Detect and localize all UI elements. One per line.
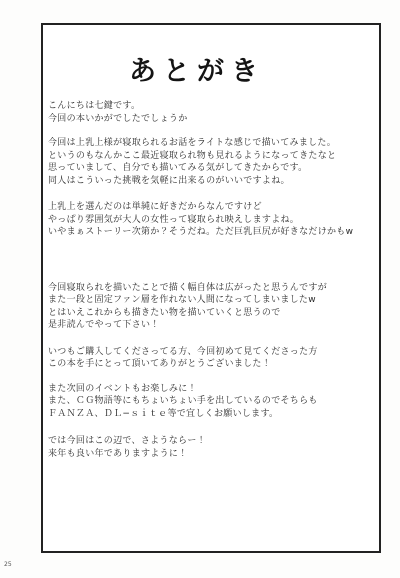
text-line: やっぱり雰囲気が大人の女性って寝取られ映えしますよね。 bbox=[48, 214, 376, 227]
paragraph: こんにちは七鍵です。今回の本いかがでしたでしょうか bbox=[48, 100, 376, 125]
text-line: とはいえこれからも描きたい物を描いていくと思うので bbox=[48, 307, 376, 320]
text-line: いやまぁストーリー次第か？そうだね。ただ巨乳巨尻が好きなだけかもw bbox=[48, 226, 376, 239]
paragraph: 今回は上乳上様が寝取られるお話をライトな感じで描いてみました。というのもなんかこ… bbox=[48, 137, 376, 187]
scanned-afterword-page: あとがき こんにちは七鍵です。今回の本いかがでしたでしょうか今回は上乳上様が寝取… bbox=[0, 0, 400, 578]
text-line: 上乳上を選んだのは単純に好きだからなんですけど bbox=[48, 201, 376, 214]
paragraph: また次回のイベントもお楽しみに！また、ＣＧ物語等にもちょいちょい手を出しているの… bbox=[48, 383, 376, 421]
text-line: 同人はこういった挑戦を気軽に出来るのがいいですよね。 bbox=[48, 175, 376, 188]
text-line: 来年も良い年でありますように！ bbox=[48, 448, 376, 461]
text-line: 思っていまして、自分でも描いてみる気がしてきたからです。 bbox=[48, 162, 376, 175]
paragraph: いつもご購入してくださってる方、今回初めて見てくださった方この本を手にとって頂い… bbox=[48, 346, 376, 371]
text-line: いつもご購入してくださってる方、今回初めて見てくださった方 bbox=[48, 346, 376, 359]
text-line: ＦＡＮＺＡ、ＤＬ−ｓｉｔｅ等で宜しくお願いします。 bbox=[48, 408, 376, 421]
text-line: こんにちは七鍵です。 bbox=[48, 100, 376, 113]
text-line: というのもなんかここ最近寝取られ物も見れるようになってきたなと bbox=[48, 150, 376, 163]
paragraph: 今回寝取られを描いたことで描く幅自体は広がったと思うんですがまた一段と固定ファン… bbox=[48, 282, 376, 332]
page-border-frame: あとがき こんにちは七鍵です。今回の本いかがでしたでしょうか今回は上乳上様が寝取… bbox=[41, 23, 381, 553]
page-number: 25 bbox=[4, 561, 12, 569]
text-line: 今回寝取られを描いたことで描く幅自体は広がったと思うんですが bbox=[48, 282, 376, 295]
text-line: 是非読んでやって下さい！ bbox=[48, 319, 376, 332]
paragraph: では今回はこの辺で、さようならー！来年も良い年でありますように！ bbox=[48, 435, 376, 460]
paragraph: 上乳上を選んだのは単純に好きだからなんですけどやっぱり雰囲気が大人の女性って寝取… bbox=[48, 201, 376, 239]
page-title: あとがき bbox=[43, 49, 351, 88]
text-line: 今回は上乳上様が寝取られるお話をライトな感じで描いてみました。 bbox=[48, 137, 376, 150]
text-line: では今回はこの辺で、さようならー！ bbox=[48, 435, 376, 448]
text-line: また次回のイベントもお楽しみに！ bbox=[48, 383, 376, 396]
text-line: また、ＣＧ物語等にもちょいちょい手を出しているのでそちらも bbox=[48, 395, 376, 408]
text-line: また一段と固定ファン層を作れない人間になってしまいましたw bbox=[48, 294, 376, 307]
afterword-body: こんにちは七鍵です。今回の本いかがでしたでしょうか今回は上乳上様が寝取られるお話… bbox=[48, 100, 376, 472]
text-line: この本を手にとって頂いてありがとうございました！ bbox=[48, 358, 376, 371]
text-line: 今回の本いかがでしたでしょうか bbox=[48, 113, 376, 126]
